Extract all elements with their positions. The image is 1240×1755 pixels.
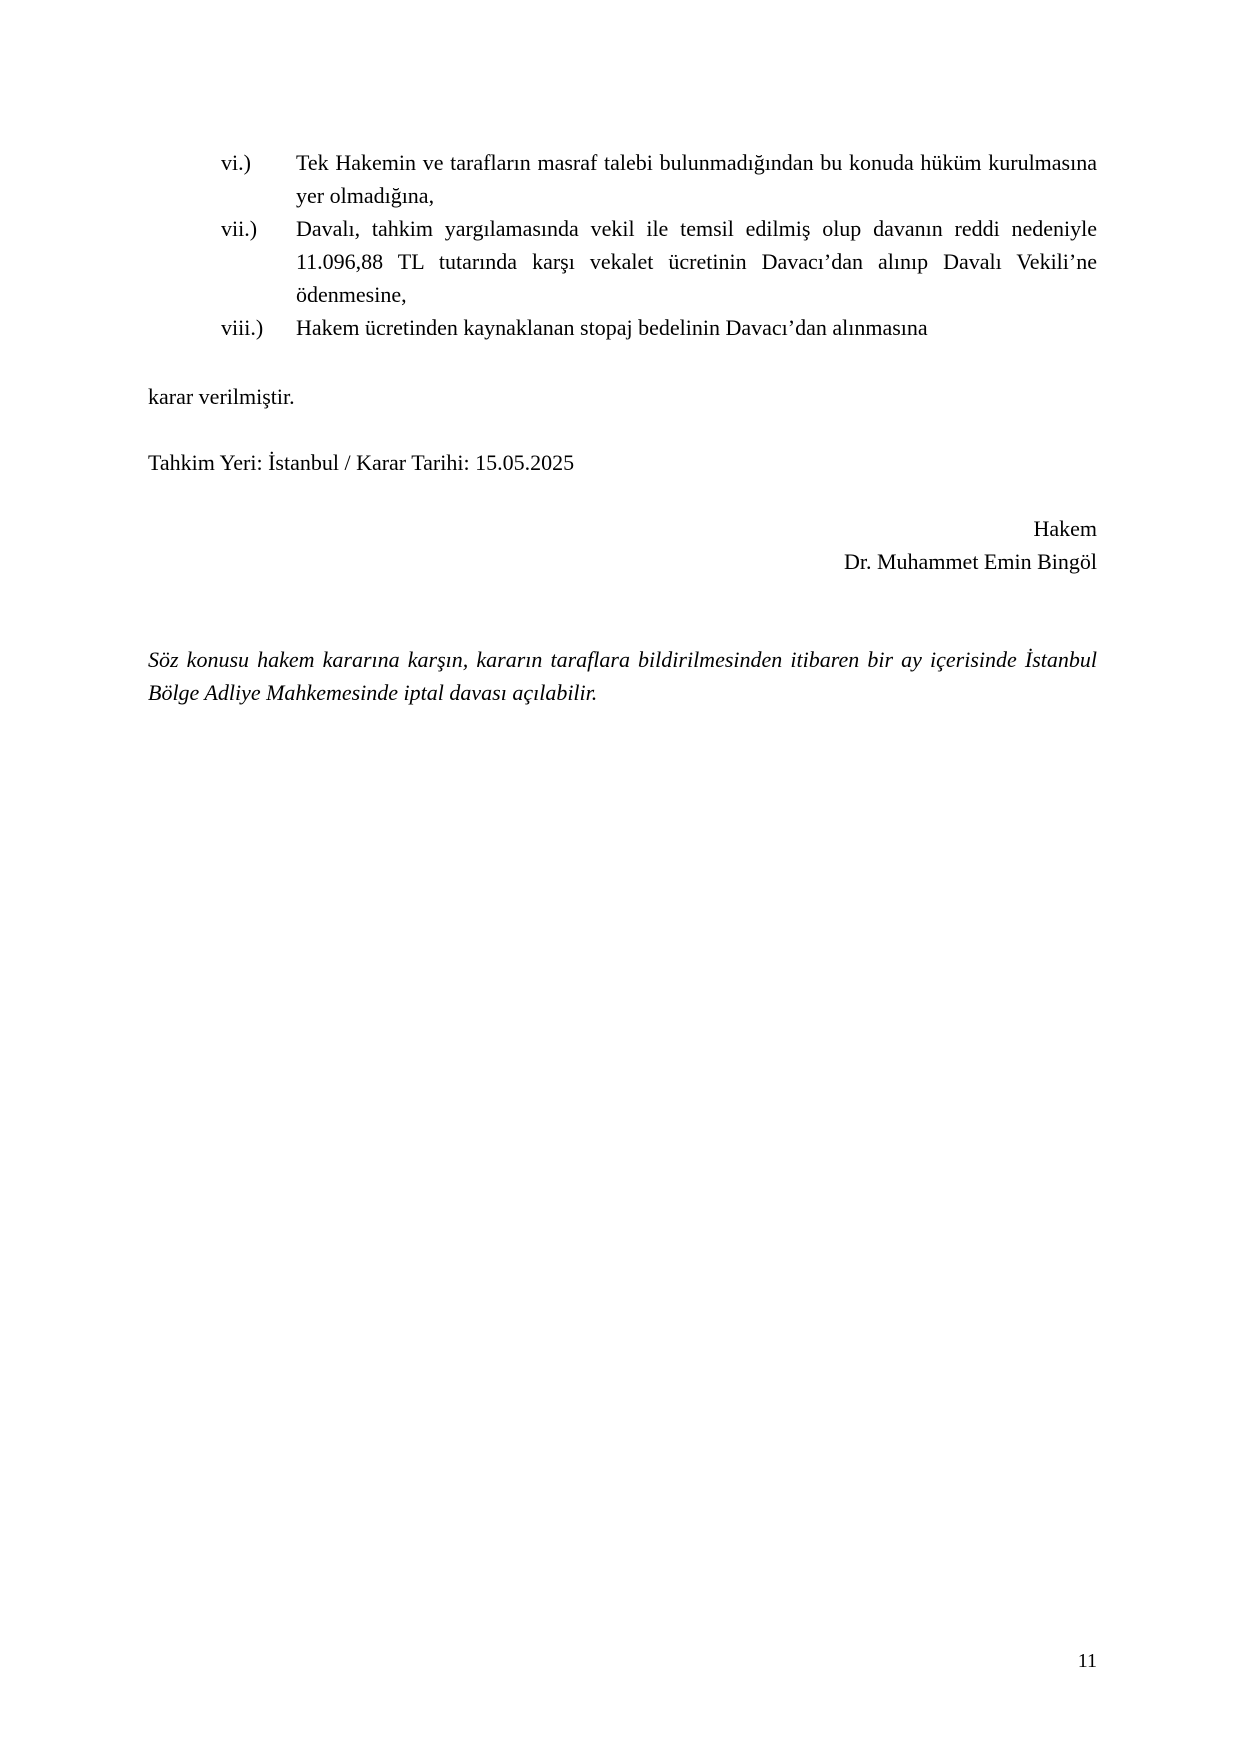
list-item: vi.) Tek Hakemin ve tarafların masraf ta… [221, 146, 1097, 212]
document-page: vi.) Tek Hakemin ve tarafların masraf ta… [0, 0, 1240, 1755]
signature-block: Hakem Dr. Muhammet Emin Bingöl [844, 512, 1097, 578]
page-number: 11 [1078, 1650, 1097, 1673]
list-item-number: viii.) [221, 311, 296, 344]
decision-list: vi.) Tek Hakemin ve tarafların masraf ta… [221, 146, 1097, 344]
list-item: viii.) Hakem ücretinden kaynaklanan stop… [221, 311, 1097, 344]
conclusion-text: karar verilmiştir. [148, 380, 295, 413]
list-item: vii.) Davalı, tahkim yargılamasında veki… [221, 212, 1097, 311]
list-item-number: vi.) [221, 146, 296, 212]
list-item-text: Hakem ücretinden kaynaklanan stopaj bede… [296, 311, 1097, 344]
list-item-text: Davalı, tahkim yargılamasında vekil ile … [296, 212, 1097, 311]
signature-title: Hakem [844, 512, 1097, 545]
appeal-note: Söz konusu hakem kararına karşın, kararı… [148, 643, 1097, 709]
list-item-number: vii.) [221, 212, 296, 311]
list-item-text: Tek Hakemin ve tarafların masraf talebi … [296, 146, 1097, 212]
place-date-text: Tahkim Yeri: İstanbul / Karar Tarihi: 15… [148, 446, 574, 479]
signature-name: Dr. Muhammet Emin Bingöl [844, 545, 1097, 578]
